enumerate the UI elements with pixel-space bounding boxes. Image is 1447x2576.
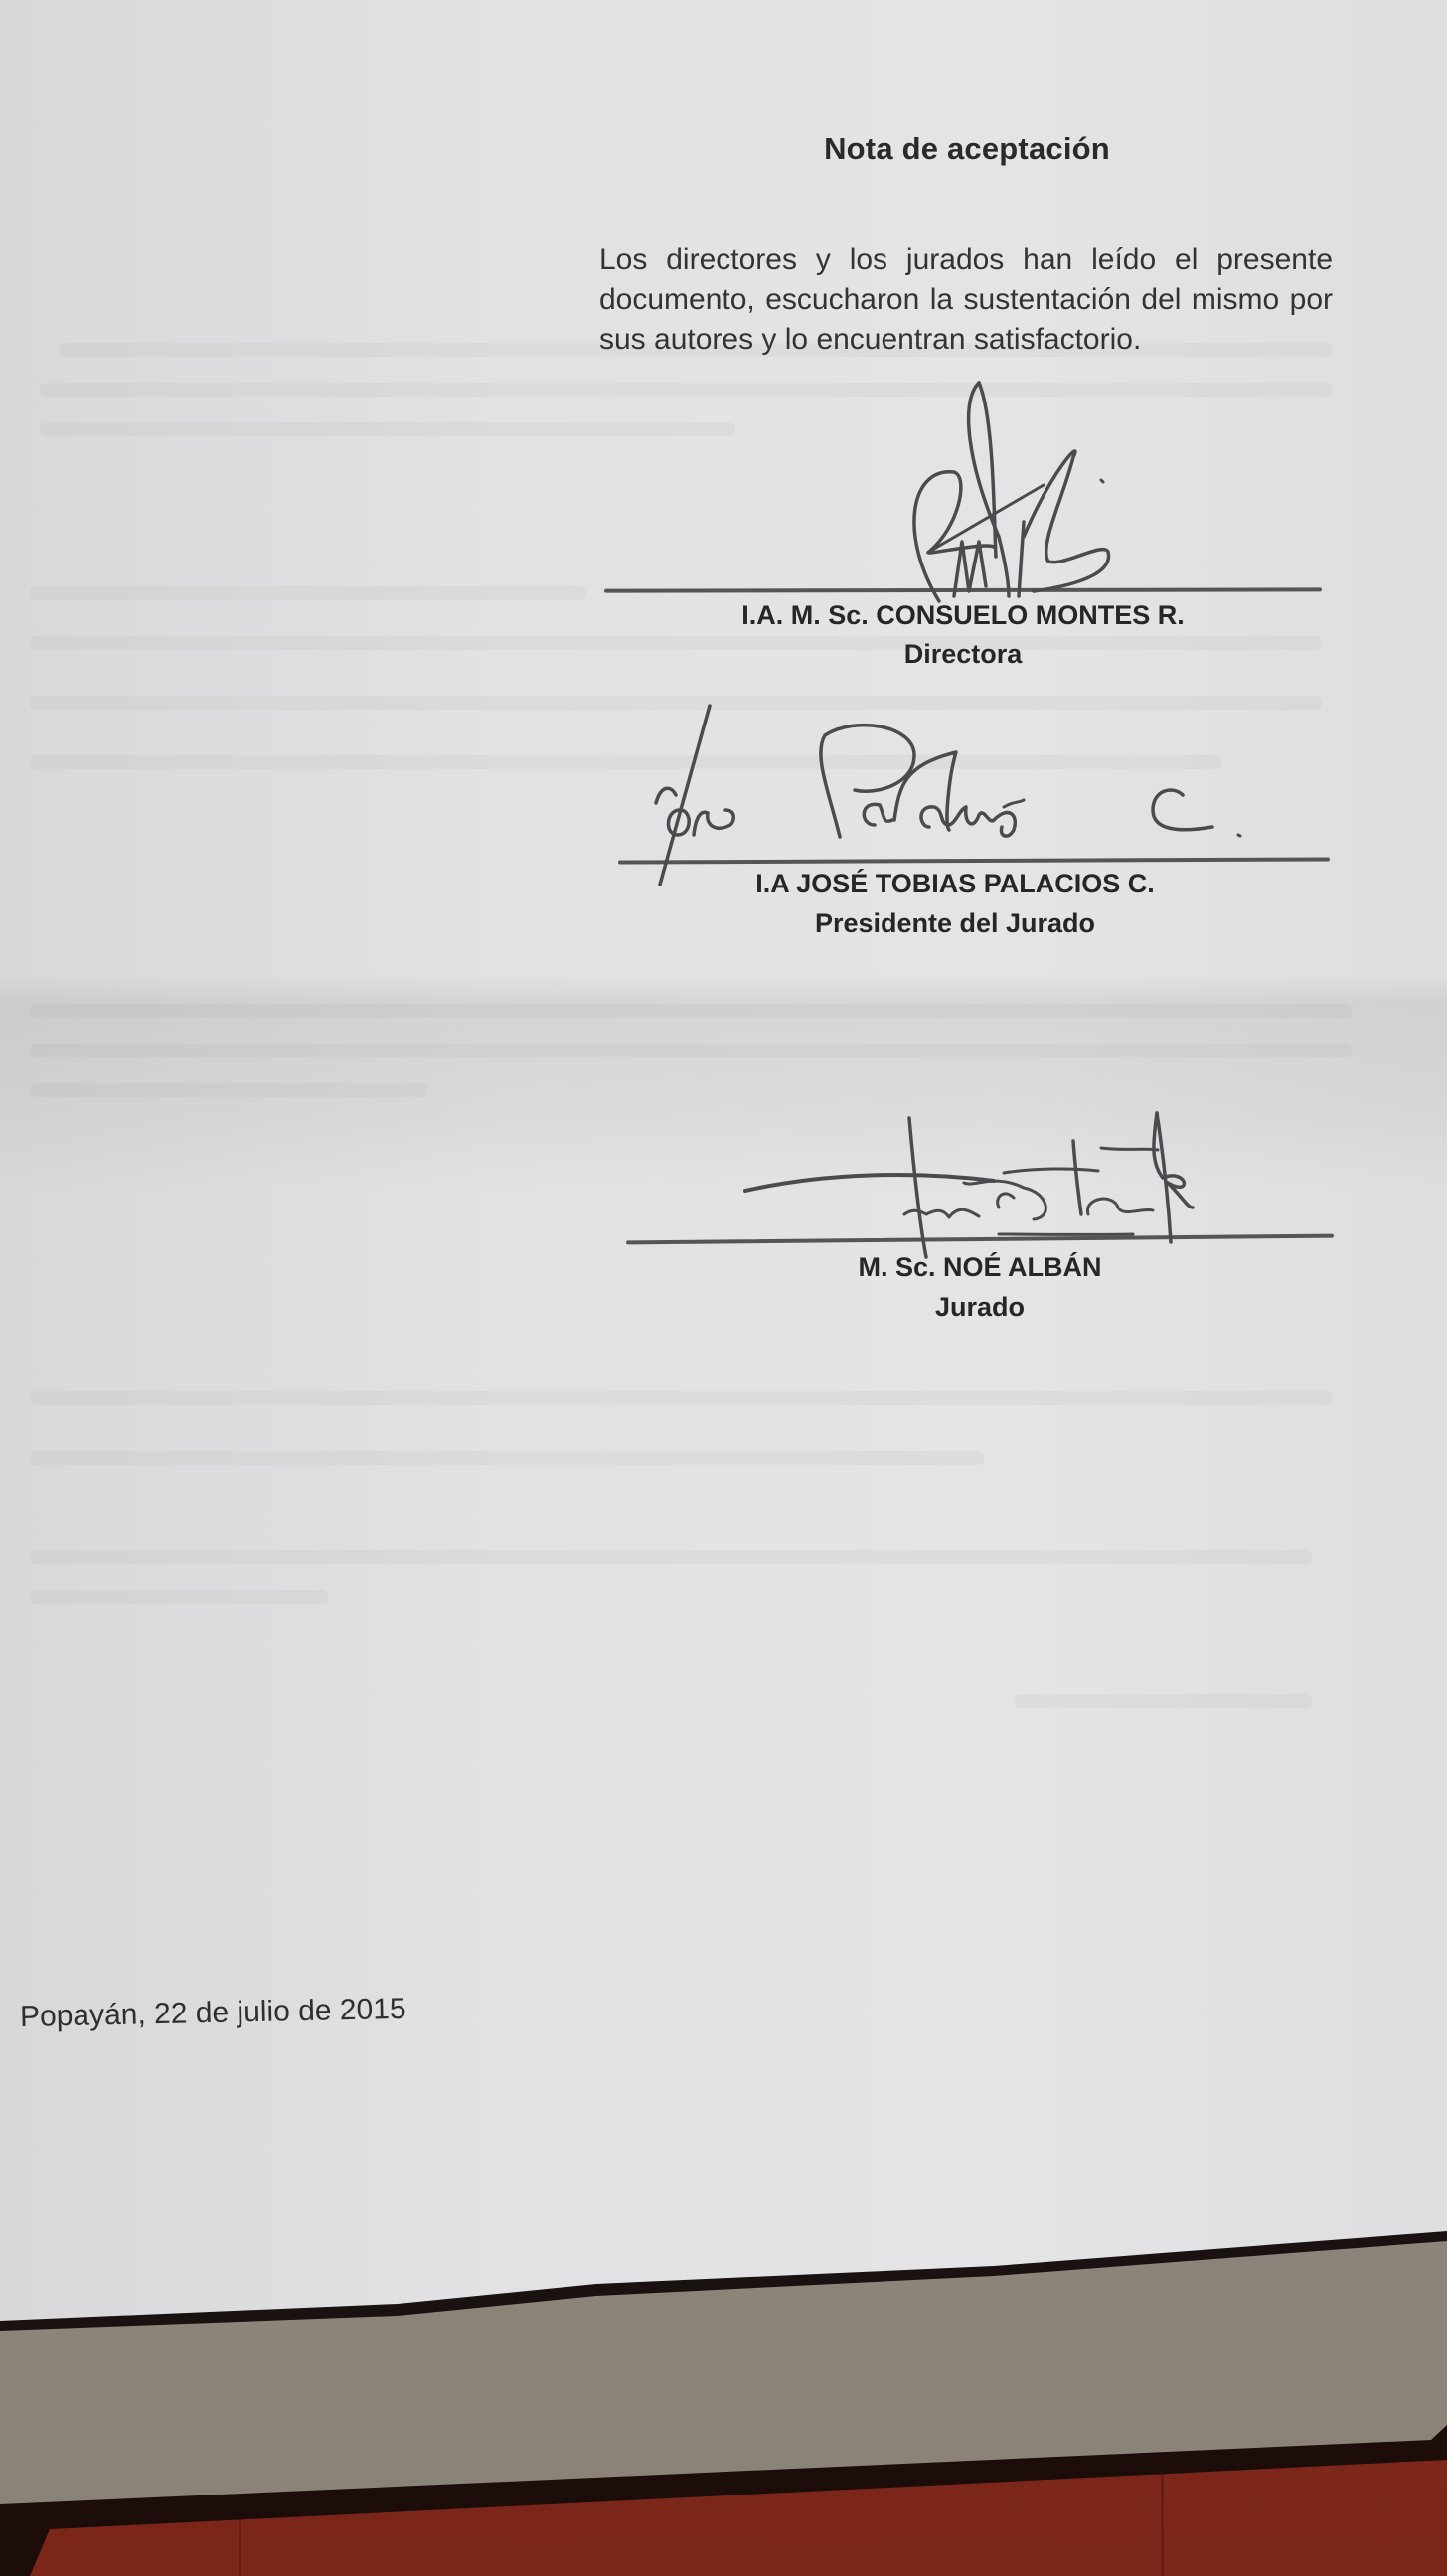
signatory-role: Jurado [626, 1292, 1334, 1323]
signatory-role: Presidente del Jurado [596, 908, 1314, 939]
signature-line [604, 587, 1322, 592]
acceptance-paragraph: Los directores y los jurados han leído e… [599, 241, 1333, 360]
signatory-name: I.A JOSÉ TOBIAS PALACIOS C. [596, 869, 1314, 899]
bleed-through-text [30, 1550, 1312, 1564]
place-and-date: Popayán, 22 de julio de 2015 [20, 1993, 406, 2034]
bleed-through-text [1014, 1694, 1312, 1708]
signatory-role: Directora [604, 639, 1322, 670]
signature-consuelo-montes [914, 383, 1109, 601]
signatory-name: M. Sc. NOÉ ALBÁN [626, 1252, 1334, 1283]
signature-line [618, 857, 1330, 864]
bleed-through-text [30, 1044, 1352, 1057]
title-text: Nota de aceptación [815, 131, 1119, 167]
bleed-through-text [30, 1004, 1352, 1018]
bleed-through-text [30, 755, 1222, 769]
paper-page: Nota de aceptación Los directores y los … [0, 0, 1447, 2576]
photo-scene: Nota de aceptación Los directores y los … [0, 0, 1447, 2576]
signature-line [626, 1234, 1334, 1245]
bleed-through-text [30, 1590, 328, 1604]
bleed-through-text [30, 1083, 427, 1097]
bleed-through-text [30, 1391, 1332, 1405]
bleed-through-text [30, 1451, 984, 1465]
bleed-through-text [30, 696, 1322, 710]
bleed-through-text [30, 586, 586, 600]
bleed-through-text [40, 422, 735, 436]
bleed-through-text [40, 383, 1332, 397]
signatory-name: I.A. M. Sc. CONSUELO MONTES R. [604, 600, 1322, 631]
